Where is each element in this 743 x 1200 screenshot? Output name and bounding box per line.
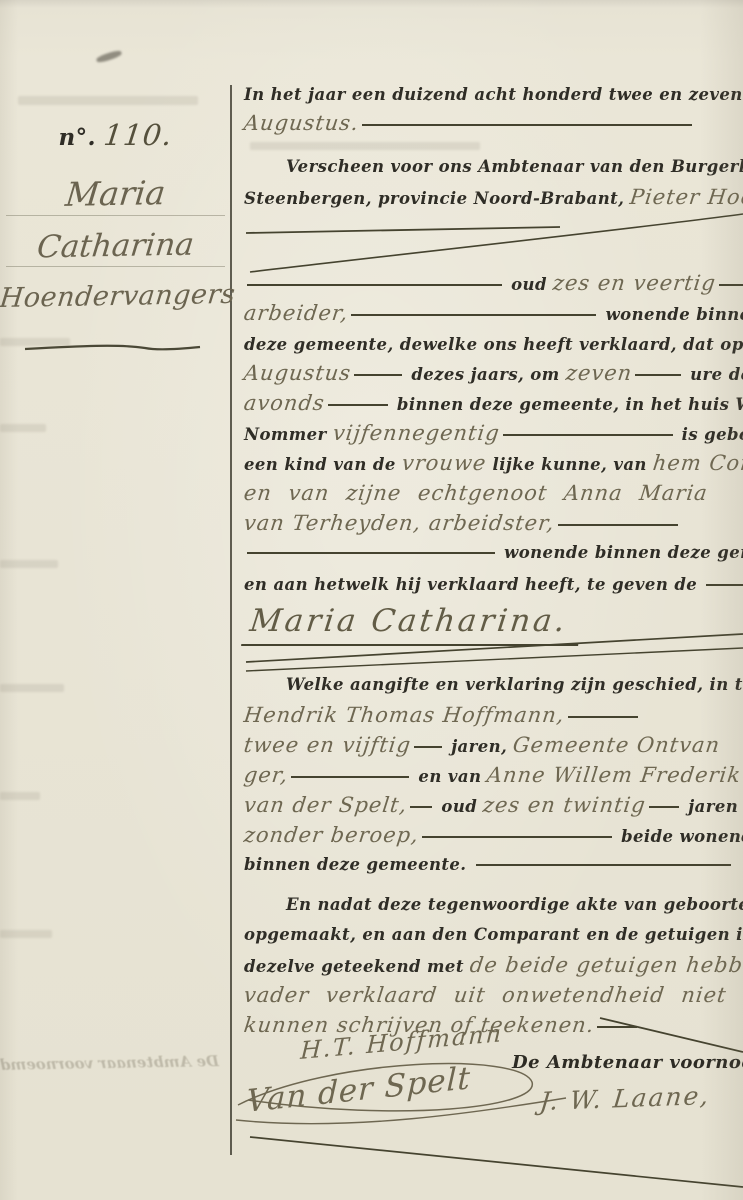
blank-filler-rule: [362, 124, 692, 126]
act-line-8: deze gemeente, dewelke ons heeft verklaa…: [244, 328, 743, 358]
act-number-label: n°.: [59, 124, 96, 151]
scanned-birth-certificate: { "document": { "margin": { "number_labe…: [0, 0, 743, 1200]
margin-baseline-rule: [6, 215, 225, 216]
closing-rule-stroke: [250, 1137, 743, 1187]
act-line-16: en aan hetwelk hij verklaard heeft, te g…: [244, 568, 743, 598]
handwritten-text: vader verklaard uit onwetendheid niet te: [242, 980, 743, 1010]
handwritten-text: zonder beroep,: [242, 820, 421, 850]
blank-filler-rule: [649, 806, 679, 808]
printed-text: Nommer: [244, 425, 333, 444]
blank-filler-rule: [635, 374, 681, 376]
act-line-22: ger, en van Anne Willem Frederik: [244, 760, 743, 790]
bleedthrough-mark: [0, 930, 52, 938]
blank-filler-rule: [247, 552, 495, 554]
act-line-25: binnen deze gemeente.: [244, 850, 743, 880]
act-line-27: opgemaakt, en aan den Comparant en de ge…: [244, 920, 743, 950]
ink-smudge: [96, 49, 123, 64]
act-line-4: Steenbergen, provincie Noord-Brabant, Pi…: [244, 182, 743, 212]
handwritten-text: zeven: [564, 358, 634, 388]
handwritten-text: vijfennegentig: [331, 418, 501, 448]
act-line-20: Hendrik Thomas Hoffmann,: [244, 700, 743, 730]
printed-text: jaren: [682, 797, 738, 816]
act-body: In het jaar een duizend acht honderd twe…: [244, 78, 743, 1040]
printed-text: opgemaakt, en aan den Comparant en de ge…: [244, 925, 743, 944]
handwritten-text: en van zijne echtgenoot Anna Maria: [242, 478, 709, 508]
blank-filler-rule: [503, 434, 673, 436]
handwritten-text: zes en veertig: [551, 268, 718, 298]
printed-text: een kind van de: [244, 455, 402, 474]
handwritten-text: zes en twintig: [481, 790, 648, 820]
handwritten-text: avonds: [242, 388, 326, 418]
handwritten-text: arbeider,: [242, 298, 350, 328]
handwritten-text: Gemeente Ontvan: [512, 730, 723, 760]
act-line-3: Verscheen voor ons Ambtenaar van den Bur…: [244, 152, 743, 182]
officer-title: De Ambtenaar voornoemd,: [512, 1052, 743, 1073]
printed-text: wonende binnen deze gemeente: [498, 543, 743, 562]
act-line-7: arbeider, wonende binnen: [244, 298, 743, 328]
act-line-21: twee en vijftig jaren, Gemeente Ontvan: [244, 730, 743, 760]
blank-filler-rule: [247, 284, 502, 286]
margin-name-last: Hoendervangers: [0, 279, 233, 314]
handwritten-text: van Terheyden, arbeidster,: [242, 508, 556, 538]
printed-text: wonende binnen: [599, 305, 743, 324]
margin-column: n°. 110. Maria Catharina Hoendervangers: [0, 118, 231, 312]
printed-text: In het jaar een duizend acht honderd twe…: [244, 85, 743, 104]
act-line-14: van Terheyden, arbeidster,: [244, 508, 743, 538]
printed-text: en van: [412, 767, 487, 786]
printed-text: en aan hetwelk hij verklaard heeft, te g…: [244, 575, 703, 594]
printed-text: deze gemeente, dewelke ons heeft verklaa…: [244, 335, 743, 354]
act-line-17: Maria Catharina.: [244, 598, 743, 644]
bleedthrough-mark: [0, 424, 46, 432]
margin-flourish-dash: [25, 346, 200, 350]
printed-text: dezelve geteekend met: [244, 957, 470, 976]
act-line-19: Welke aangifte en verklaring zijn geschi…: [244, 670, 743, 700]
printed-text: dezes jaars, om: [405, 365, 566, 384]
margin-name-middle: Catharina: [0, 226, 233, 266]
handwritten-text: hem Comparant: [651, 448, 743, 478]
handwritten-text: Pieter Hoendervangers: [629, 182, 743, 212]
blank-filler-rule: [719, 284, 743, 286]
act-line-9: Augustus dezes jaars, om zeven ure des: [244, 358, 743, 388]
printed-text: En nadat deze tegenwoordige akte van geb…: [286, 895, 743, 914]
printed-text: binnen deze gemeente.: [244, 855, 473, 874]
act-line-26: En nadat deze tegenwoordige akte van geb…: [244, 890, 743, 920]
handwritten-text: vrouwe: [400, 448, 488, 478]
blank-filler-rule: [706, 584, 743, 586]
paper-background: De Ambtenaar voornoemd n°. 110. Maria Ca…: [0, 0, 743, 1200]
bleedthrough-mark: [0, 338, 70, 346]
officer-signature: J. W. Laane,: [539, 1081, 712, 1116]
act-line-13: en van zijne echtgenoot Anna Maria: [244, 478, 743, 508]
printed-text: Verscheen voor ons Ambtenaar van den Bur…: [286, 157, 743, 176]
act-line-2: Augustus.: [244, 108, 743, 138]
margin-baseline-rule: [6, 266, 225, 267]
handwritten-text: twee en vijftig: [242, 730, 413, 760]
printed-text: is geboren: [676, 425, 743, 444]
act-line-15: wonende binnen deze gemeente: [244, 538, 743, 568]
handwritten-text: Maria Catharina.: [241, 598, 584, 646]
bleedthrough-mark: [0, 792, 40, 800]
printed-text: ure des: [684, 365, 743, 384]
blank-filler-rule: [414, 746, 442, 748]
handwritten-text: Augustus.: [242, 108, 361, 138]
bleedthrough-mark: [0, 684, 64, 692]
blank-filler-rule: [568, 716, 638, 718]
printed-text: beide wonende: [615, 827, 743, 846]
blank-filler-rule: [354, 374, 402, 376]
act-line-12: een kind van de vrouwe lijke kunne, van …: [244, 448, 743, 478]
blank-filler-rule: [597, 1026, 637, 1028]
blank-filler-rule: [476, 864, 731, 866]
act-line-24: zonder beroep, beide wonende: [244, 820, 743, 850]
blank-filler-rule: [410, 806, 432, 808]
handwritten-text: de beide getuigen hebbende de: [468, 950, 743, 980]
act-number: n°. 110.: [0, 118, 231, 152]
act-line-6: oud zes en veertig jaren: [244, 268, 743, 298]
act-line-23: van der Spelt, oud zes en twintig jaren: [244, 790, 743, 820]
act-number-value: 110.: [102, 118, 175, 152]
printed-text: oud: [505, 275, 553, 294]
act-line-29: vader verklaard uit onwetendheid niet te: [244, 980, 743, 1010]
witness2-signature: Van der Spelt: [246, 1060, 472, 1120]
act-line-28: dezelve geteekend met de beide getuigen …: [244, 950, 743, 980]
printed-text: jaren,: [445, 737, 513, 756]
bleedthrough-mark: [0, 560, 58, 568]
bleedthrough-mark: [18, 96, 198, 105]
printed-text: Steenbergen, provincie Noord-Brabant,: [244, 189, 630, 208]
printed-text: Welke aangifte en verklaring zijn geschi…: [286, 675, 743, 694]
handwritten-text: ger,: [242, 760, 290, 790]
act-line-11: Nommer vijfennegentig is geboren: [244, 418, 743, 448]
blank-filler-rule: [351, 314, 596, 316]
bleedthrough-ghost-text: De Ambtenaar voornoemd: [4, 1052, 219, 1074]
handwritten-text: Hendrik Thomas Hoffmann,: [242, 700, 566, 730]
act-line-10: avonds binnen deze gemeente, in het huis…: [244, 388, 743, 418]
handwritten-text: van der Spelt,: [242, 790, 409, 820]
margin-name-first: Maria: [0, 172, 233, 215]
printed-text: lijke kunne, van: [486, 455, 653, 474]
act-line-5: [244, 212, 743, 268]
handwritten-text: Augustus: [242, 358, 353, 388]
printed-text: binnen deze gemeente, in het huis Wijk: [391, 395, 743, 414]
act-line-1: In het jaar een duizend acht honderd twe…: [244, 78, 743, 108]
handwritten-text: Anne Willem Frederik: [486, 760, 743, 790]
blank-filler-rule: [328, 404, 388, 406]
blank-filler-rule: [422, 836, 612, 838]
printed-text: oud: [435, 797, 483, 816]
blank-filler-rule: [291, 776, 409, 778]
act-line-18: [244, 644, 743, 670]
blank-filler-rule: [558, 524, 678, 526]
